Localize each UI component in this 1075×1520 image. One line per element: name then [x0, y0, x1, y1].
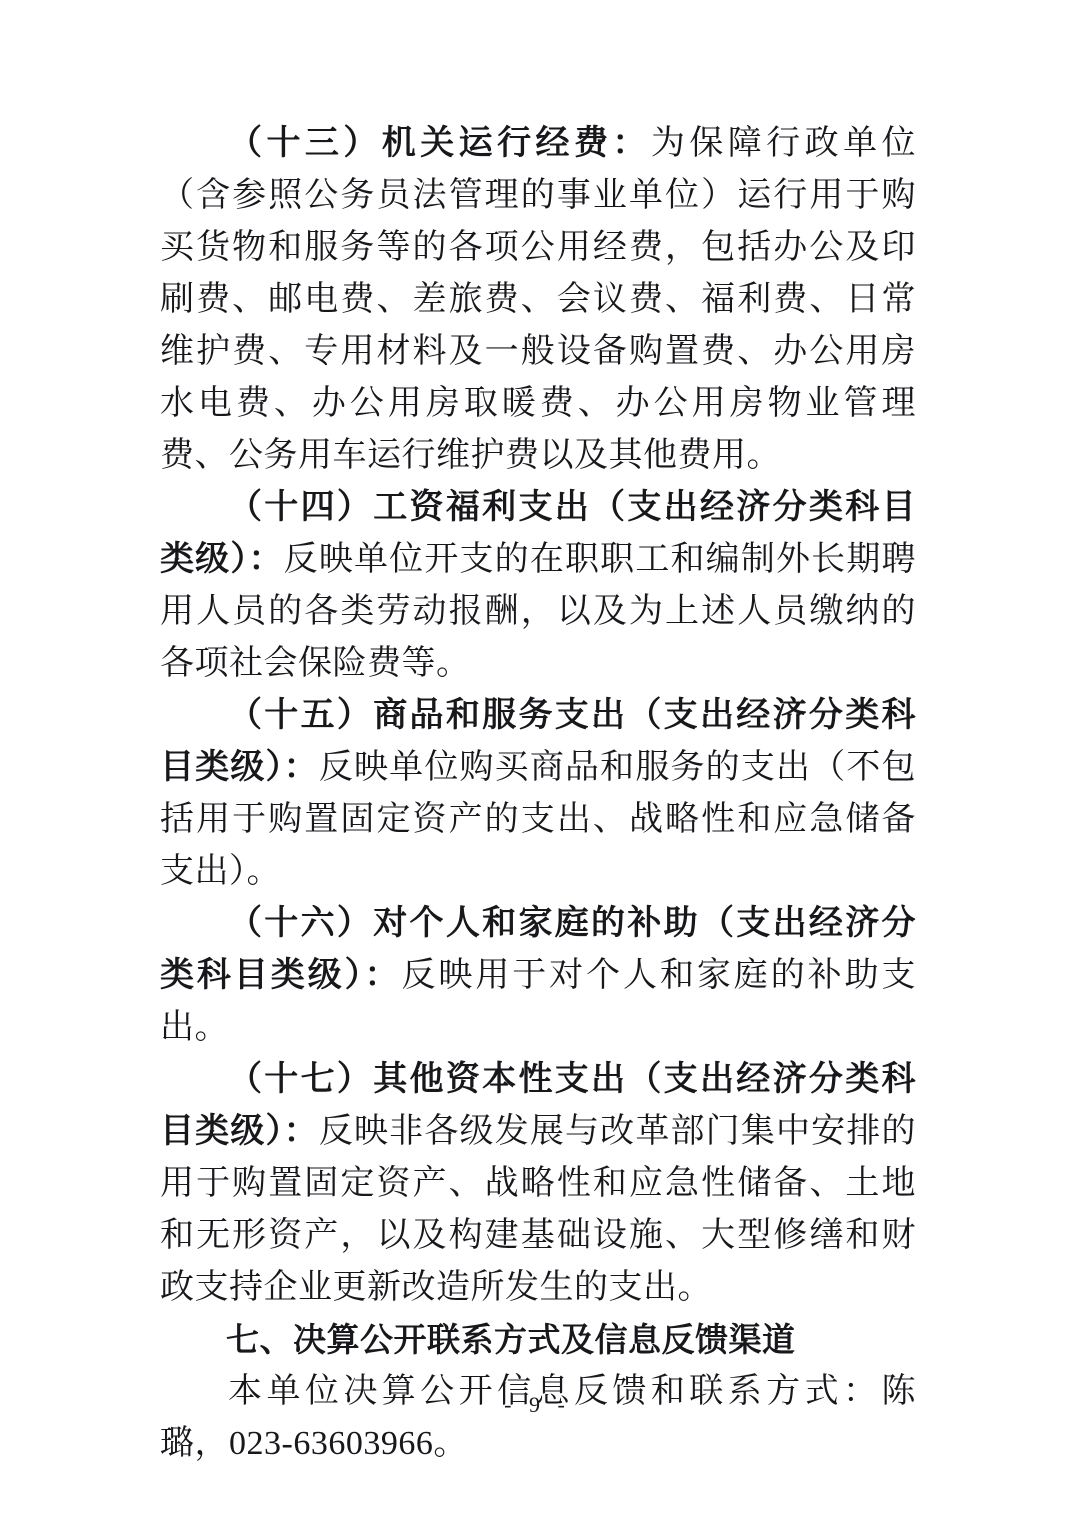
paragraph-item-17: （十七）其他资本性支出（支出经济分类科目类级）：反映非各级发展与改革部门集中安排…: [160, 1054, 916, 1314]
document-page: （十三）机关运行经费：为保障行政单位（含参照公务员法管理的事业单位）运行用于购买…: [0, 0, 1075, 1520]
paragraph-item-13: （十三）机关运行经费：为保障行政单位（含参照公务员法管理的事业单位）运行用于购买…: [160, 118, 916, 482]
paragraph-item-14: （十四）工资福利支出（支出经济分类科目类级）：反映单位开支的在职职工和编制外长期…: [160, 482, 916, 690]
page-footer: - 9 -: [0, 1392, 1075, 1418]
paragraph-item-15: （十五）商品和服务支出（支出经济分类科目类级）：反映单位购买商品和服务的支出（不…: [160, 690, 916, 898]
paragraph-lead: （十三）机关运行经费：: [228, 125, 651, 162]
contact-paragraph: 本单位决算公开信息反馈和联系方式：陈璐，023-63603966。: [160, 1366, 916, 1470]
paragraph-body: 为保障行政单位（含参照公务员法管理的事业单位）运行用于购买货物和服务等的各项公用…: [160, 125, 916, 474]
page-number: - 9 -: [504, 1392, 571, 1417]
section-heading: 七、决算公开联系方式及信息反馈渠道: [160, 1314, 916, 1366]
paragraph-item-16: （十六）对个人和家庭的补助（支出经济分类科目类级）：反映用于对个人和家庭的补助支…: [160, 898, 916, 1054]
document-body: （十三）机关运行经费：为保障行政单位（含参照公务员法管理的事业单位）运行用于购买…: [160, 118, 916, 1470]
